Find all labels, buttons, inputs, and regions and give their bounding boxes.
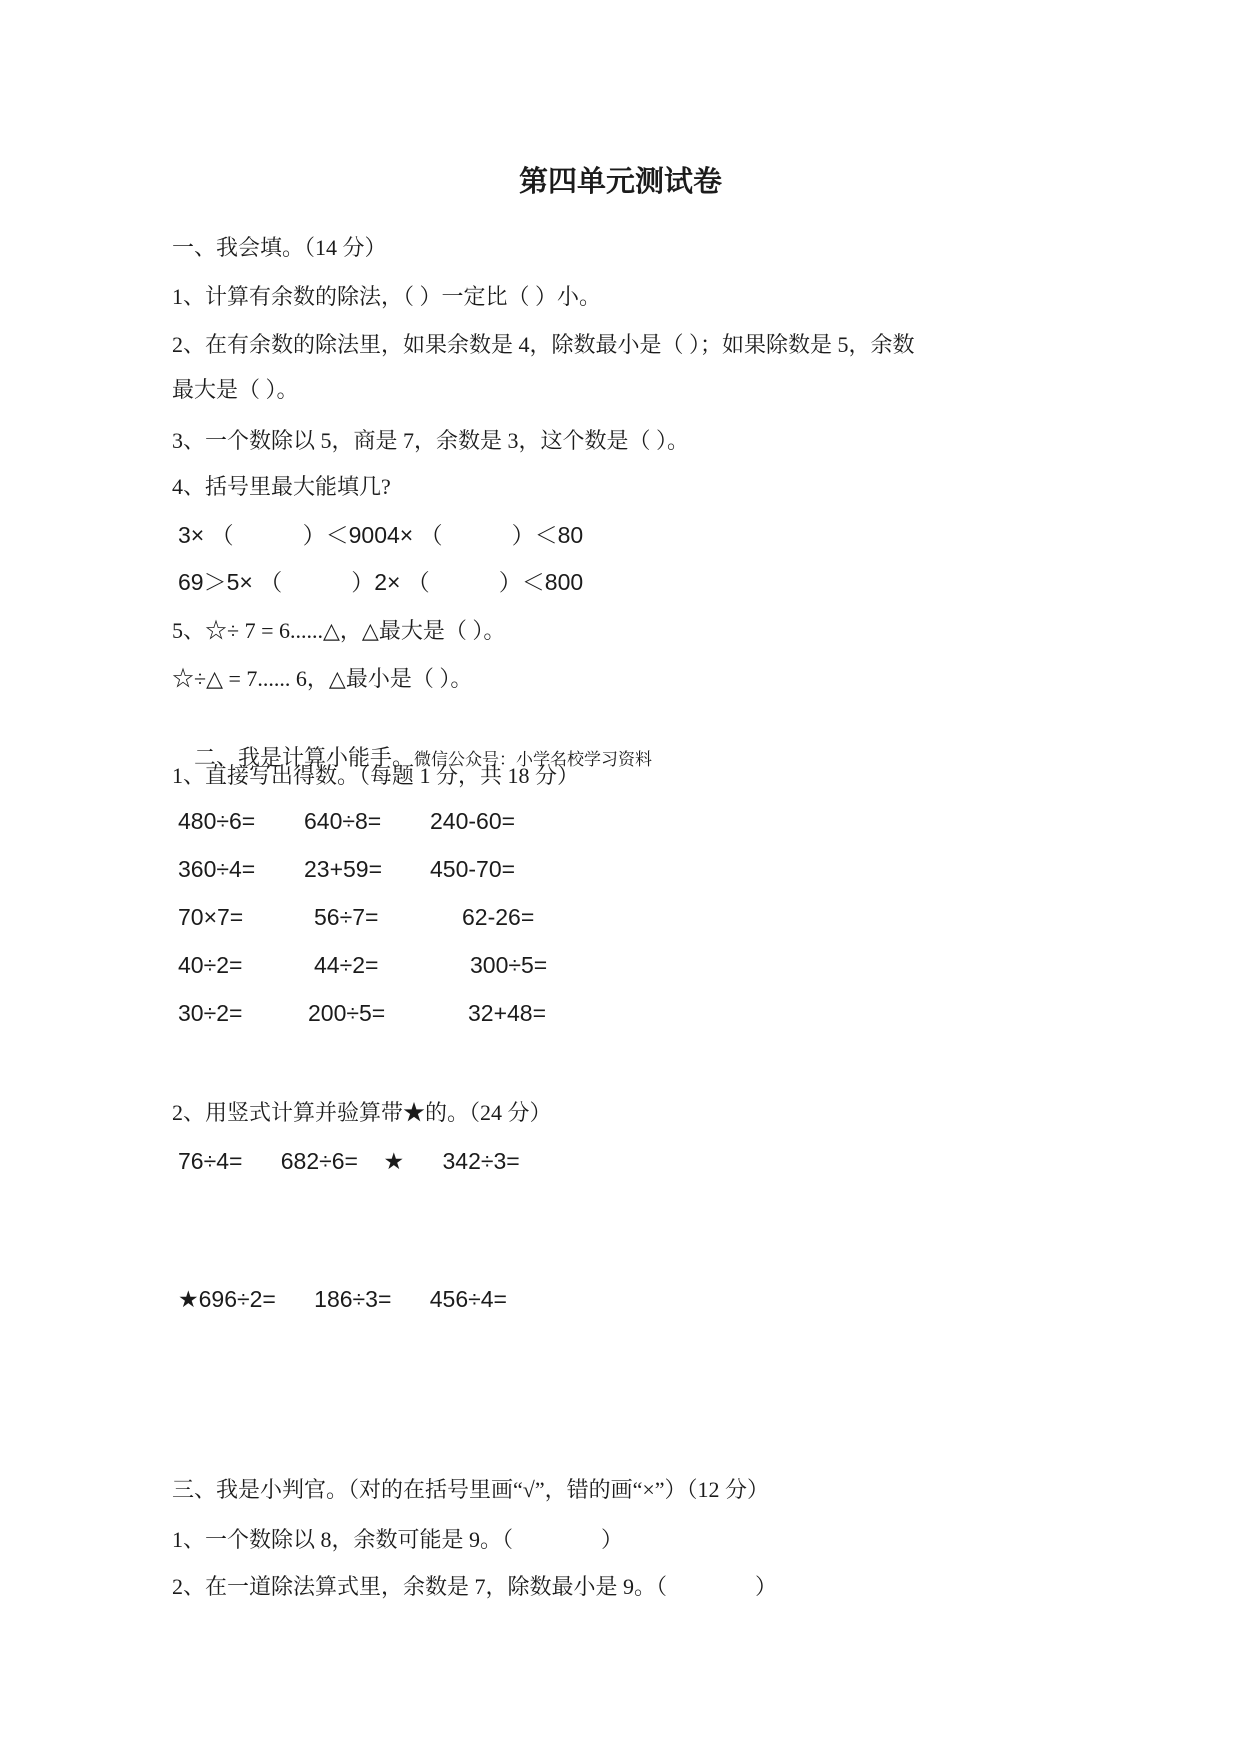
s1-q3: 3、一个数除以 5，商是 7，余数是 3，这个数是（ ）。 (172, 426, 689, 456)
mental-math-row: 30÷2= 200÷5= 32+48= (178, 998, 594, 1028)
section1-heading: 一、我会填。（14 分） (172, 233, 387, 263)
mental-math-item: 32+48= (434, 998, 594, 1028)
s2-q2-problems-line2: ★696÷2= 186÷3= 456÷4= (178, 1284, 507, 1314)
s1-q4-expr-line1: 3× （ ）＜9004× （ ）＜80 (178, 520, 583, 550)
s1-q2-line1: 2、在有余数的除法里，如果余数是 4，除数最小是（ ）；如果除数是 5，余数 (172, 330, 915, 360)
mental-math-item: 200÷5= (304, 998, 434, 1028)
mental-math-item: 240-60= (430, 806, 556, 836)
worksheet-page: 第四单元测试卷 一、我会填。（14 分） 1、计算有余数的除法，（ ）一定比（ … (0, 0, 1241, 1754)
mental-math-item: 640÷8= (304, 806, 430, 836)
s3-q2: 2、在一道除法算式里，余数是 7，除数最小是 9。（ ） (172, 1572, 777, 1602)
s1-q1: 1、计算有余数的除法，（ ）一定比（ ）小。 (172, 282, 601, 312)
s1-q5-line2: ☆÷△ = 7...... 6，△最小是（ ）。 (172, 664, 472, 694)
s1-q5-line1: 5、☆÷ 7 = 6......△，△最大是（ ）。 (172, 616, 505, 646)
section3-heading: 三、我是小判官。（对的在括号里画“√”，错的画“×”）（12 分） (172, 1475, 769, 1505)
doc-title: 第四单元测试卷 (0, 164, 1241, 200)
s2-q2-heading: 2、用竖式计算并验算带★的。（24 分） (172, 1098, 552, 1128)
s3-q1: 1、一个数除以 8，余数可能是 9。（ ） (172, 1525, 623, 1555)
mental-math-row: 70×7= 56÷7= 62-26= (178, 902, 588, 932)
mental-math-item: 40÷2= (178, 950, 304, 980)
mental-math-row: 40÷2= 44÷2= 300÷5= (178, 950, 596, 980)
mental-math-item: 450-70= (430, 854, 556, 884)
mental-math-item: 360÷4= (178, 854, 304, 884)
mental-math-item: 56÷7= (304, 902, 440, 932)
s1-q4-intro: 4、括号里最大能填几? (172, 472, 391, 502)
mental-math-item: 23+59= (304, 854, 430, 884)
mental-math-row: 360÷4= 23+59= 450-70= (178, 854, 556, 884)
mental-math-item: 30÷2= (178, 998, 304, 1028)
mental-math-item: 70×7= (178, 902, 304, 932)
s1-q4-expr-line2: 69＞5× （ ）2× （ ）＜800 (178, 567, 583, 597)
mental-math-item: 300÷5= (440, 950, 596, 980)
s1-q2-line2: 最大是（ ）。 (172, 375, 299, 405)
s2-q1-heading: 1、直接写出得数。（每题 1 分，共 18 分） (172, 761, 579, 791)
mental-math-item: 480÷6= (178, 806, 304, 836)
mental-math-row: 480÷6= 640÷8= 240-60= (178, 806, 556, 836)
section2-heading: 二、我是计算小能手。微信公众号：小学名校学习资料 (172, 713, 652, 805)
mental-math-item: 44÷2= (304, 950, 440, 980)
s2-q2-problems-line1: 76÷4= 682÷6= ★ 342÷3= (178, 1146, 520, 1176)
mental-math-item: 62-26= (440, 902, 588, 932)
